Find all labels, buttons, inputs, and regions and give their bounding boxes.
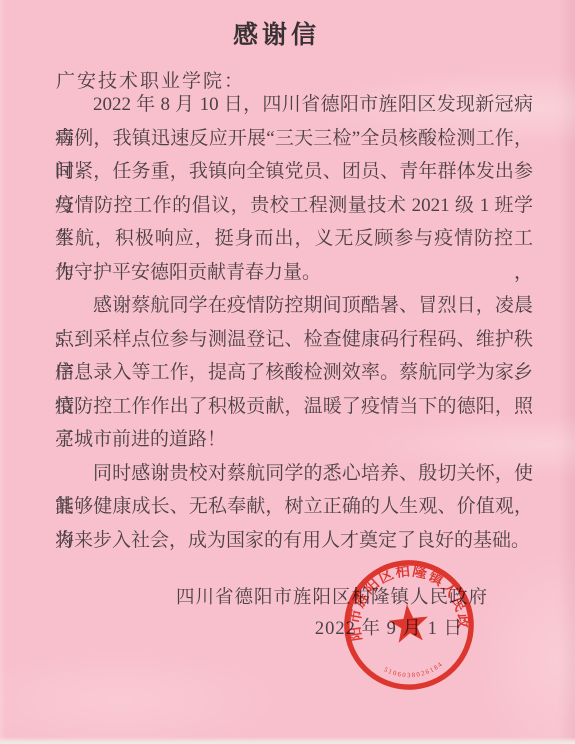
letter-title: 感谢信 — [0, 15, 564, 51]
letter-page: 感谢信 广安技术职业学院： 2022 年 8 月 10 日，四川省德阳市旌阳区发… — [0, 0, 575, 744]
body-line: 同时感谢贵校对蔡航同学的悉心培养、殷切关怀，使其 — [55, 457, 533, 491]
official-seal: 德阳市旌阳区柏隆镇人民政府 5106038026184 — [333, 549, 485, 701]
body-line: 感谢蔡航同学在疫情防控期间顶酷暑、冒烈日，凌晨 5 — [55, 289, 533, 323]
body-line: 情防控工作作出了积极贡献，温暖了疫情当下的德阳，照亮 — [55, 390, 533, 424]
body-line: 2022 年 8 月 10 日，四川省德阳市旌阳区发现新冠病毒 — [55, 88, 533, 122]
body-line: 能够健康成长、无私奉献，树立正确的人生观、价值观，为 — [55, 490, 533, 524]
paper-bottom-edge — [0, 737, 575, 744]
letter-body: 2022 年 8 月 10 日，四川省德阳市旌阳区发现新冠病毒 病例，我镇迅速反… — [55, 88, 533, 557]
body-line: 疫情防控工作的倡议，贵校工程测量技术 2021 级 1 班学生 — [55, 189, 533, 223]
body-line: 点到采样点位参与测温登记、检查健康码行程码、维护秩序、 — [55, 323, 533, 357]
body-line: 蔡航，积极响应，挺身而出，义无反顾参与疫情防控工作， — [55, 222, 533, 256]
body-line: 间紧，任务重，我镇向全镇党员、团员、青年群体发出参与 — [55, 155, 533, 189]
seal-star-icon — [387, 602, 430, 643]
body-line: 信息录入等工作，提高了核酸检测效率。蔡航同学为家乡疫 — [55, 356, 533, 390]
body-line: 病例，我镇迅速反应开展“三天三检”全员核酸检测工作，时 — [55, 122, 533, 156]
body-line: 了城市前进的道路！ — [55, 423, 533, 457]
